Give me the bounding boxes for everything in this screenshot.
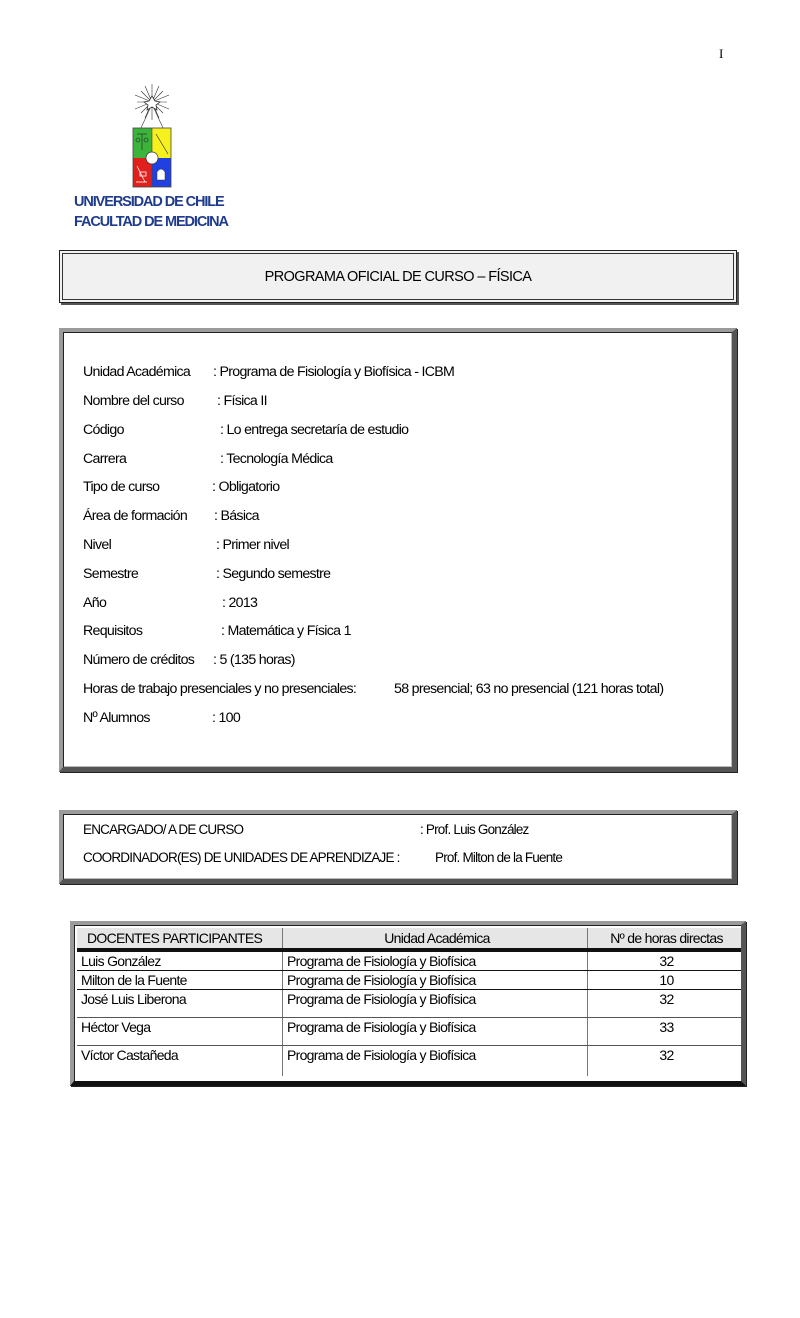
info-value: : Primer nivel — [216, 537, 289, 553]
table-row: Víctor Castañeda Programa de Fisiología … — [77, 1046, 741, 1077]
info-label: Horas de trabajo presenciales y no prese… — [83, 681, 356, 697]
document-title-box: PROGRAMA OFICIAL DE CURSO – FÍSICA — [59, 250, 737, 303]
info-value: : Segundo semestre — [216, 566, 330, 582]
info-label: Unidad Académica — [83, 364, 190, 380]
info-value: : Matemática y Física 1 — [221, 623, 351, 639]
course-info-box: Unidad Académica : Programa de Fisiologí… — [59, 328, 737, 772]
responsible-value: : Prof. Luis González — [420, 822, 529, 837]
responsibles-box: ENCARGADO/ A DE CURSO : Prof. Luis Gonzá… — [59, 810, 737, 884]
table-row: Héctor Vega Programa de Fisiología y Bio… — [77, 1018, 741, 1046]
info-label: Año — [83, 595, 106, 611]
teacher-unit: Programa de Fisiología y Biofísica — [283, 1046, 588, 1077]
teachers-table: DOCENTES PARTICIPANTES Unidad Académica … — [70, 921, 746, 1086]
info-label: Área de formación — [83, 508, 187, 524]
teacher-unit: Programa de Fisiología y Biofísica — [283, 1018, 588, 1046]
column-header-horas: Nº de horas directas — [588, 928, 742, 950]
university-name: UNIVERSIDAD DE CHILE — [74, 192, 228, 212]
info-value: : 2013 — [222, 595, 257, 611]
info-label: Número de créditos — [83, 652, 194, 668]
table-row: Milton de la Fuente Programa de Fisiolog… — [77, 971, 741, 990]
teacher-unit: Programa de Fisiología y Biofísica — [283, 990, 588, 1018]
responsible-value: Prof. Milton de la Fuente — [435, 850, 562, 865]
university-crest-icon — [131, 84, 183, 188]
teacher-hours: 32 — [588, 990, 742, 1018]
teacher-name: José Luis Liberona — [77, 990, 283, 1018]
teacher-name: Víctor Castañeda — [77, 1046, 283, 1077]
teacher-hours: 32 — [588, 950, 742, 971]
teacher-unit: Programa de Fisiología y Biofísica — [283, 971, 588, 990]
info-label: Requisitos — [83, 623, 142, 639]
info-value: : Tecnología Médica — [220, 451, 333, 467]
info-value: : 5 (135 horas) — [213, 652, 295, 668]
responsible-label: COORDINADOR(ES) DE UNIDADES DE APRENDIZA… — [83, 850, 400, 865]
table-row: Luis González Programa de Fisiología y B… — [77, 950, 741, 971]
info-value: : Física II — [217, 393, 267, 409]
info-value: 58 presencial; 63 no presencial (121 hor… — [394, 681, 663, 697]
teacher-hours: 32 — [588, 1046, 742, 1077]
table-header-row: DOCENTES PARTICIPANTES Unidad Académica … — [77, 928, 741, 950]
teacher-hours: 10 — [588, 971, 742, 990]
info-label: Nivel — [83, 537, 111, 553]
responsible-label: ENCARGADO/ A DE CURSO — [83, 822, 243, 837]
info-label: Semestre — [83, 566, 138, 582]
document-title: PROGRAMA OFICIAL DE CURSO – FÍSICA — [60, 269, 736, 285]
info-value: : Programa de Fisiología y Biofísica - I… — [213, 364, 454, 380]
faculty-name: FACULTAD DE MEDICINA — [74, 212, 228, 232]
info-label: Nº Alumnos — [83, 710, 150, 726]
table-row: José Luis Liberona Programa de Fisiologí… — [77, 990, 741, 1018]
teacher-unit: Programa de Fisiología y Biofísica — [283, 950, 588, 971]
info-label: Nombre del curso — [83, 393, 184, 409]
info-value: : 100 — [212, 710, 240, 726]
info-value: : Básica — [214, 508, 259, 524]
info-label: Carrera — [83, 451, 126, 467]
teacher-name: Luis González — [77, 950, 283, 971]
info-value: : Obligatorio — [212, 479, 279, 495]
column-header-unidad: Unidad Académica — [283, 928, 588, 950]
page-number: I — [719, 46, 723, 62]
info-value: : Lo entrega secretaría de estudio — [220, 422, 408, 438]
teacher-name: Héctor Vega — [77, 1018, 283, 1046]
info-label: Código — [83, 422, 124, 438]
university-name-block: UNIVERSIDAD DE CHILE FACULTAD DE MEDICIN… — [74, 192, 228, 232]
info-label: Tipo de curso — [83, 479, 159, 495]
teacher-name: Milton de la Fuente — [77, 971, 283, 990]
teacher-hours: 33 — [588, 1018, 742, 1046]
column-header-docentes: DOCENTES PARTICIPANTES — [77, 928, 283, 950]
